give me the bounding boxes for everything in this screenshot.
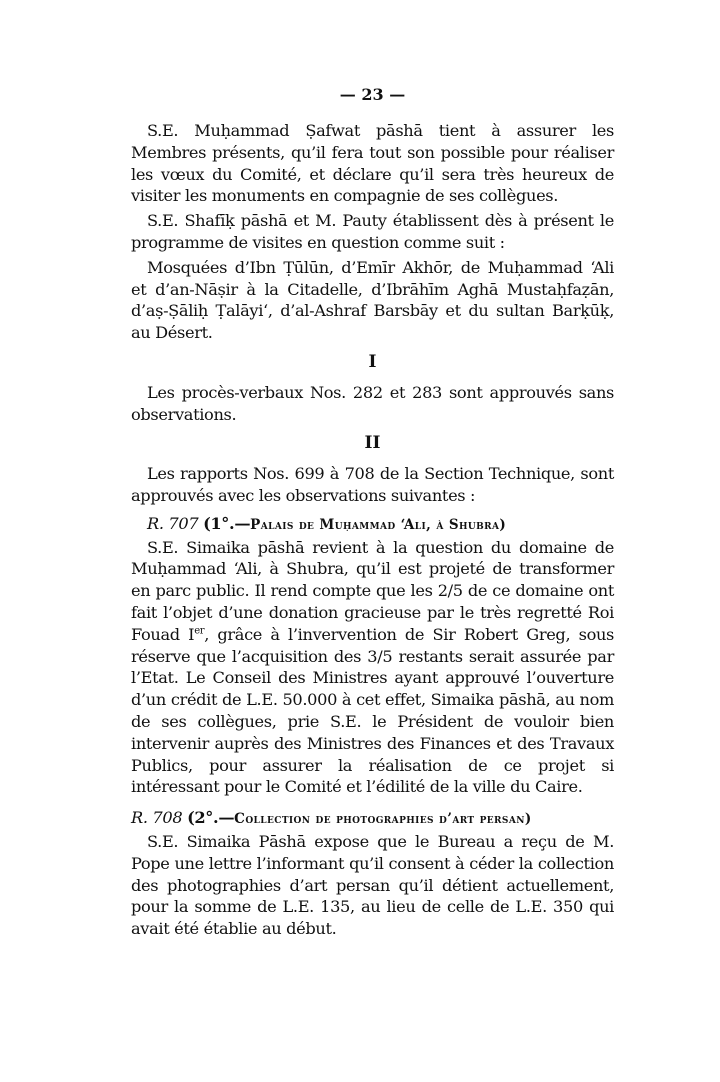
paragraph-rapports: Les rapports Nos. 699 à 708 de la Sectio…	[131, 463, 614, 507]
report-707-heading: R. 707 (1°.—Palais de Muḥammad ‘Ali, à S…	[131, 513, 614, 537]
report-708-number: (2°.—	[187, 808, 234, 827]
paragraph-safwat-pasha: S.E. Muḥammad Ṣafwat pāshā tient à assur…	[131, 120, 614, 207]
page-number: — 23 —	[131, 84, 614, 110]
report-707-superscript: er	[194, 625, 204, 636]
paragraph-visit-programme: S.E. Shafīḳ pāshā et M. Pauty établissen…	[131, 210, 614, 254]
section-heading-ii: II	[131, 433, 614, 455]
report-707-label: R. 707	[147, 514, 198, 533]
report-707-title: Palais de Muḥammad ‘Ali, à Shubra)	[250, 517, 506, 533]
report-707-number: (1°.—	[203, 514, 250, 533]
section-heading-i: I	[131, 352, 614, 374]
paragraph-report-707: S.E. Simaika pāshā revient à la question…	[131, 537, 614, 799]
report-707-text-part2: , grâce à l’invervention de Sir Robert G…	[131, 625, 614, 797]
report-708-label: R. 708	[131, 808, 182, 827]
document-page: — 23 — S.E. Muḥammad Ṣafwat pāshā tient …	[131, 84, 614, 940]
paragraph-report-708: S.E. Simaika Pāshā expose que le Bureau …	[131, 831, 614, 940]
report-708-heading: R. 708 (2°.—Collection de photographies …	[131, 807, 614, 831]
paragraph-proces-verbaux: Les procès-verbaux Nos. 282 et 283 sont …	[131, 382, 614, 426]
paragraph-mosques-list: Mosquées d’Ibn Ṭūlūn, d’Emīr Akhōr, de M…	[131, 257, 614, 344]
report-708-title: Collection de photographies d’art persan…	[234, 811, 531, 827]
